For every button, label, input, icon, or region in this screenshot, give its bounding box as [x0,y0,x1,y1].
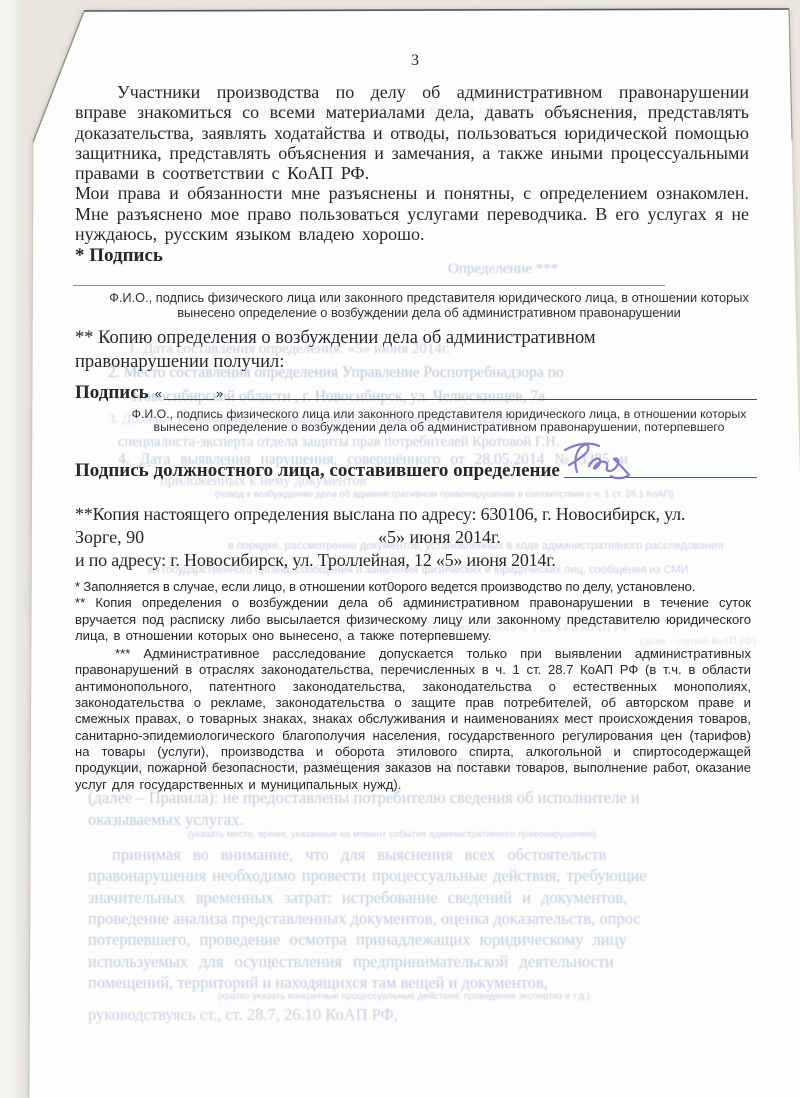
footnotes-block: * Заполняется в случае, если лицо, в отн… [75,579,751,793]
footnote-1: * Заполняется в случае, если лицо, в отн… [75,579,751,595]
fio-caption-2: Ф.И.О., подпись физического лица или зак… [115,408,763,433]
scan-canvas: ОПРЕДЕЛЕНИЕ О ВОЗБУЖДЕНИИ ДЕЛА ОБ АДМИНИ… [0,0,800,1098]
official-signature-mark [553,438,653,484]
recipient-signature-row: Подпись « » [75,381,757,404]
footnote-2: ** Копия определения о возбуждении дела … [75,595,751,644]
address-line-2: Зорге, 90 «5» июня 2014г. [75,526,759,549]
footnote-3: *** Административное расследование допус… [75,646,751,793]
paragraph-acknowledgement: Мои права и обязанности мне разъяснены и… [75,183,749,244]
paragraph-rights: Участники производства по делу об админи… [75,82,749,183]
page-number: 3 [402,52,428,70]
address-line-3: и по адресу: г. Новосибирск, ул. Троллей… [75,549,759,572]
address-line-1: **Копия настоящего определения выслана п… [75,503,759,526]
copy-received-text: ** Копию определения о возбуждении дела … [75,326,650,374]
address-line-2-street: Зорге, 90 [75,527,144,547]
signature-label: Подпись [75,382,149,404]
official-signature-label: Подпись должностного лица, составившего … [75,460,560,482]
quote-close-mark: » [216,386,223,401]
official-signature-row: Подпись должностного лица, составившего … [75,458,757,482]
signature-asterisk-label: * Подпись [75,244,749,267]
main-text-block: Участники производства по делу об админи… [75,82,749,267]
sent-date-1: «5» июня 2014г. [378,526,501,549]
document-content: 3 Участники производства по делу об адми… [0,0,800,1098]
signature-date-line [164,398,214,400]
fio-caption-1: Ф.И.О., подпись физического лица или зак… [84,290,774,320]
signature-line [225,398,757,400]
mailing-address-block: **Копия настоящего определения выслана п… [75,503,759,572]
signature-rule [73,285,665,286]
quote-open-mark: « [155,386,162,401]
